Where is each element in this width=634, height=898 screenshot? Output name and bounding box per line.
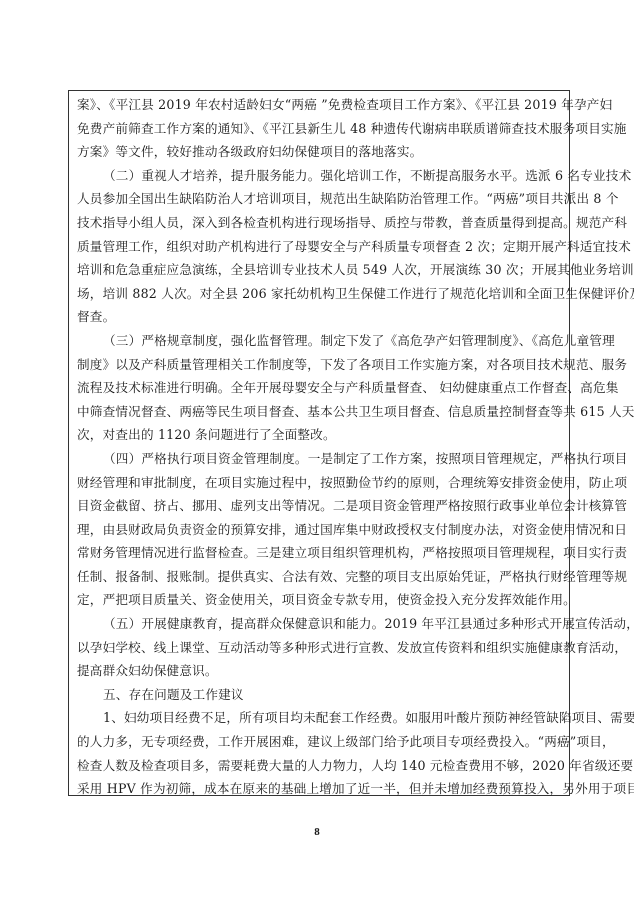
text-line: 培训和危急重症应急演练，全县培训专业技术人员 549 人次，开展演练 30 次；…	[77, 258, 565, 282]
section-2-heading-line: （二）重视人才培养，提升服务能力。强化培训工作，不断提高服务水平。选派 6 名专…	[77, 164, 565, 188]
text-line: 的人力多，无专项经费，工作开展困难，建议上级部门给予此项目专项经费投入。“两癌”…	[77, 730, 565, 754]
text-line: 次，对查出的 1120 条问题进行了全面整改。	[77, 423, 565, 447]
section-4-heading-line: （四）严格执行项目资金管理制度。一是制定了工作方案，按照项目管理规定，严格执行项…	[77, 447, 565, 471]
text-line: 以孕妇学校、线上课堂、互动活动等多种形式进行宣教、发放宣传资料和组织实施健康教育…	[77, 636, 565, 660]
text-line: 定，严把项目质量关、资金使用关，项目资金专款专用，使资金投入充分发挥效能作用。	[77, 588, 565, 612]
text-line: 任制、报备制、报账制。提供真实、合法有效、完整的项目支出原始凭证，严格执行财经管…	[77, 565, 565, 589]
text-line: 技术指导小组人员，深入到各检查机构进行现场指导、质控与带教，普查质量得到提高。规…	[77, 211, 565, 235]
text-line: 制度》以及产科质量管理相关工作制度等，下发了各项目工作实施方案，对各项目技术规范…	[77, 353, 565, 377]
text-line: 理，由县财政局负责资金的预算安排，通过国库集中财政授权支付制度办法，对资金使用情…	[77, 518, 565, 542]
text-line: 采用 HPV 作为初筛，成本在原来的基础上增加了近一半，但并未增加经费预算投入，…	[77, 777, 565, 801]
text-line: 免费产前筛查工作方案的通知》、《平江县新生儿 48 种遗传代谢病串联质谱筛查技术…	[77, 117, 565, 141]
chapter-heading: 五、存在问题及工作建议	[77, 683, 565, 707]
text-line: 人员参加全国出生缺陷防治人才培训项目，规范出生缺陷防治管理工作。“两癌”项目共派…	[77, 187, 565, 211]
text-line: 目资金截留、挤占、挪用、虚列支出等情况。二是项目资金管理严格按照行政事业单位会计…	[77, 494, 565, 518]
text-line: 方案》等文件，较好推动各级政府妇幼保健项目的落地落实。	[77, 140, 565, 164]
section-3-heading-line: （三）严格规章制度，强化监督管理。制定下发了《高危孕产妇管理制度》、《高危儿童管…	[77, 329, 565, 353]
text-line: 检查人数及检查项目多，需要耗费大量的人力物力，人均 140 元检查费用不够，20…	[77, 754, 565, 778]
text-line: 中筛查情况督查、两癌等民生项目督查、基本公共卫生项目督查、信息质量控制督查等共 …	[77, 400, 565, 424]
text-line: 督查。	[77, 305, 565, 329]
item-1-heading-line: 1、妇幼项目经费不足，所有项目均未配套工作经费。如服用叶酸片预防神经管缺陷项目、…	[77, 706, 565, 730]
text-line: 质量管理工作，组织对助产机构进行了母婴安全与产科质量专项督查 2 次；定期开展产…	[77, 235, 565, 259]
text-line: 常财务管理情况进行监督检查。三是建立项目组织管理机构，严格按照项目管理规程，项目…	[77, 541, 565, 565]
document-body: 案》、《平江县 2019 年农村适龄妇女“两癌 ”免费检查项目工作方案》、《平江…	[77, 93, 565, 801]
page-number: 8	[0, 826, 634, 838]
content-frame: 案》、《平江县 2019 年农村适龄妇女“两癌 ”免费检查项目工作方案》、《平江…	[68, 90, 570, 796]
text-line: 财经管理和审批制度，在项目实施过程中，按照勤俭节约的原则，合理统筹安排资金使用，…	[77, 471, 565, 495]
section-5-heading-line: （五）开展健康教育，提高群众保健意识和能力。2019 年平江县通过多种形式开展宣…	[77, 612, 565, 636]
text-line: 流程及技术标准进行明确。全年开展母婴安全与产科质量督查、 妇幼健康重点工作督查、…	[77, 376, 565, 400]
text-line: 提高群众妇幼保健意识。	[77, 659, 565, 683]
text-line: 场，培训 882 人次。对全县 206 家托幼机构卫生保健工作进行了规范化培训和…	[77, 282, 565, 306]
text-line: 案》、《平江县 2019 年农村适龄妇女“两癌 ”免费检查项目工作方案》、《平江…	[77, 93, 565, 117]
